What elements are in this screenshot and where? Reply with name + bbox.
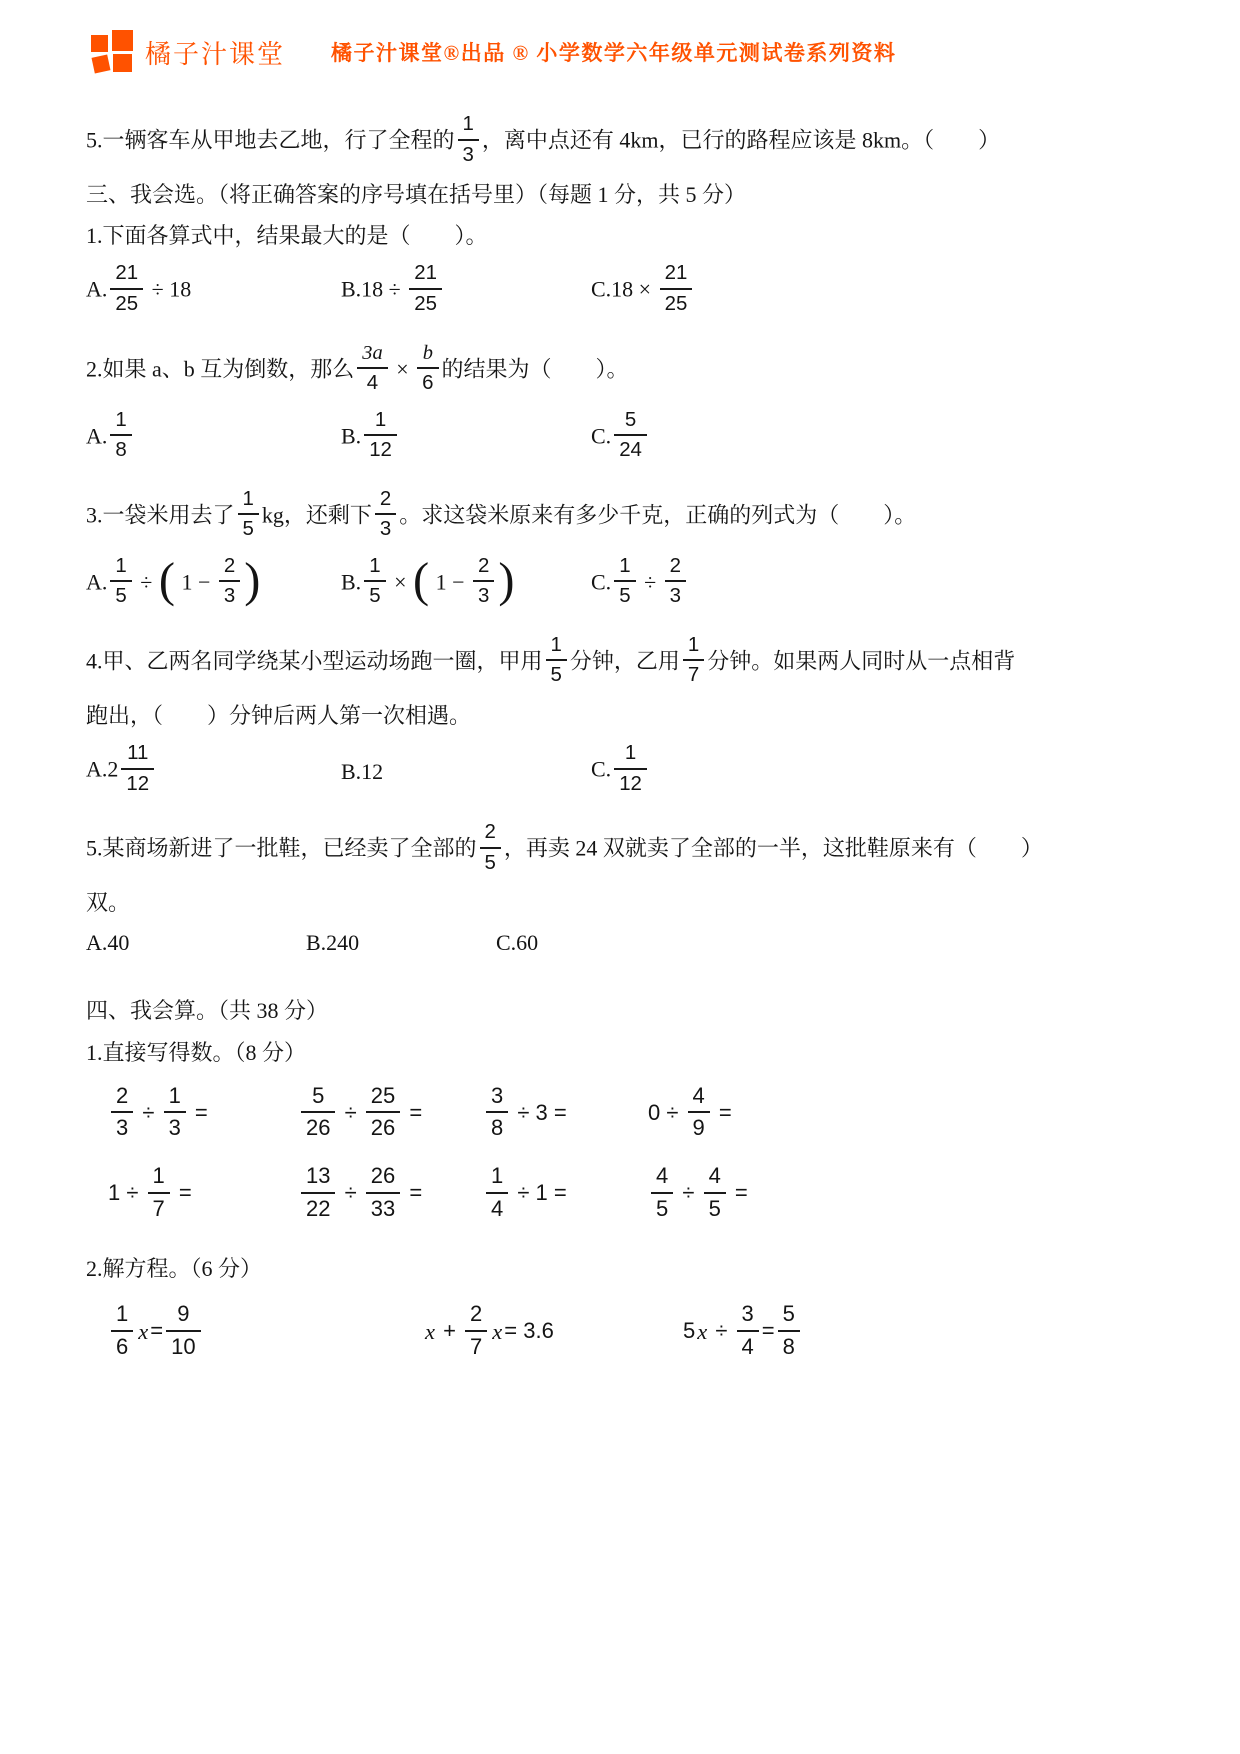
text-run: B.12 <box>341 759 383 784</box>
fraction-numerator: 3 <box>486 1082 508 1113</box>
fraction: 16 <box>111 1300 133 1361</box>
fraction-numerator: 5 <box>301 1082 335 1113</box>
option-item: C.60 <box>496 926 538 959</box>
text-run: ÷ <box>135 569 158 594</box>
fraction-numerator: 1 <box>614 740 647 770</box>
fraction-denominator: 7 <box>148 1194 170 1223</box>
fraction: 1322 <box>301 1162 335 1223</box>
equation-item: x + 27x= 3.6 <box>423 1302 554 1363</box>
fraction: 2526 <box>366 1082 400 1143</box>
option-item: B.240 <box>306 926 359 959</box>
fraction-denominator: 6 <box>111 1332 133 1361</box>
fraction: 27 <box>465 1300 487 1361</box>
section-heading: 三、我会选。（将正确答案的序号填在括号里）（每题 1 分，共 5 分） <box>86 177 1170 212</box>
text-run: B.18 ÷ <box>341 277 406 302</box>
text-run: ÷ <box>709 1319 733 1344</box>
text-run: 的结果为（ ）。 <box>442 356 629 381</box>
fraction-denominator: 5 <box>110 582 131 610</box>
fraction-numerator: 1 <box>148 1162 170 1193</box>
fraction-denominator: 25 <box>409 290 442 318</box>
fraction-numerator: 2 <box>480 819 501 849</box>
fraction-denominator: 3 <box>164 1113 186 1142</box>
variable: x <box>423 1319 437 1344</box>
text-run: = <box>173 1181 192 1206</box>
text-run: C.60 <box>496 930 538 955</box>
text-run: 1 − <box>176 569 216 594</box>
option-item: B.12 <box>341 755 383 788</box>
text-run: B.240 <box>306 930 359 955</box>
text-run: C. <box>591 569 611 594</box>
fraction: 49 <box>688 1082 710 1143</box>
fraction-numerator: 9 <box>166 1300 200 1331</box>
fraction-denominator: 12 <box>364 436 397 464</box>
text-run: ÷ 3 = <box>511 1100 567 1125</box>
text-run: ，再卖 24 双就卖了全部的一半，这批鞋原来有（ ） <box>504 836 1043 861</box>
fraction-denominator: 8 <box>110 436 131 464</box>
text-run: 跑出，（ ）分钟后两人第一次相遇。 <box>86 703 471 728</box>
fraction-numerator: 2 <box>473 553 494 583</box>
question-line: 双。 <box>86 885 1170 920</box>
fraction-numerator: 1 <box>614 553 635 583</box>
question-line: 5.某商场新进了一批鞋，已经卖了全部的25，再卖 24 双就卖了全部的一半，这批… <box>86 822 1170 879</box>
text-run: 1.直接写得数。（8 分） <box>86 1040 306 1065</box>
fraction-denominator: 8 <box>778 1332 800 1361</box>
options-row: A.40B.240C.60 <box>86 926 1170 959</box>
fraction-numerator: 11 <box>121 740 154 770</box>
text-run: = <box>189 1100 208 1125</box>
question-line: 2.如果 a、b 互为倒数，那么3a4 × b6的结果为（ ）。 <box>86 343 1170 400</box>
fraction-numerator: 3 <box>737 1300 759 1331</box>
paper-content: 5.一辆客车从甲地去乙地，行了全程的13，离中点还有 4km，已行的路程应该是 … <box>0 78 1240 1363</box>
fraction-denominator: 7 <box>465 1332 487 1361</box>
text-run: = <box>729 1181 748 1206</box>
text-run: ÷ 1 = <box>511 1181 567 1206</box>
fraction: 112 <box>364 407 397 464</box>
fraction-numerator: 2 <box>665 553 686 583</box>
fraction-denominator: 33 <box>366 1194 400 1223</box>
text-run: B. <box>341 569 361 594</box>
option-item: B.18 ÷ 2125 <box>341 263 445 320</box>
text-run: 三、我会选。（将正确答案的序号填在括号里）（每题 1 分，共 5 分） <box>86 182 746 207</box>
text-run: 3.一袋米用去了 <box>86 502 235 527</box>
calc-item: 45 ÷ 45 = <box>648 1164 748 1225</box>
text-run: 2.如果 a、b 互为倒数，那么 <box>86 356 354 381</box>
fraction: 15 <box>614 553 635 610</box>
fraction-denominator: 26 <box>366 1113 400 1142</box>
calc-item: 38 ÷ 3 = <box>483 1084 567 1145</box>
fraction-denominator: 4 <box>737 1332 759 1361</box>
fraction-denominator: 25 <box>660 290 693 318</box>
calc-item: 23 ÷ 13 = <box>108 1084 208 1145</box>
text-run: = <box>150 1319 163 1344</box>
fraction-numerator: 4 <box>688 1082 710 1113</box>
options-row: A.21112B.12C.112 <box>86 743 1170 800</box>
fraction-denominator: 12 <box>121 770 154 798</box>
text-run: 分钟。如果两人同时从一点相背 <box>707 648 1015 673</box>
equation-row: 16x=910x + 27x= 3.65x ÷ 34=58 <box>86 1302 1170 1363</box>
variable: x <box>490 1319 504 1344</box>
fraction-numerator: 2 <box>375 486 396 516</box>
option-item: A.18 <box>86 410 135 467</box>
text-run: A.2 <box>86 757 118 782</box>
question-line: 4.甲、乙两名同学绕某小型运动场跑一圈，甲用15分钟，乙用17分钟。如果两人同时… <box>86 635 1170 692</box>
fraction-numerator: 1 <box>486 1162 508 1193</box>
text-run: ÷ <box>676 1181 700 1206</box>
question-line: 1.直接写得数。（8 分） <box>86 1035 1170 1070</box>
fraction-denominator: 22 <box>301 1194 335 1223</box>
fraction: 18 <box>110 407 131 464</box>
fraction-numerator: 21 <box>409 260 442 290</box>
text-run: = <box>403 1100 422 1125</box>
fraction-denominator: 3 <box>111 1113 133 1142</box>
option-item: B.15 × ( 1 − 23) <box>341 556 516 613</box>
fraction-denominator: 5 <box>364 582 385 610</box>
text-run: C. <box>591 757 611 782</box>
fraction: 15 <box>364 553 385 610</box>
text-run: A. <box>86 423 107 448</box>
options-row: A.2125 ÷ 18B.18 ÷ 2125C.18 × 2125 <box>86 263 1170 320</box>
option-item: A.15 ÷ ( 1 − 23) <box>86 556 261 613</box>
fraction: 17 <box>148 1162 170 1223</box>
options-row: A.15 ÷ ( 1 − 23)B.15 × ( 1 − 23)C.15 ÷ 2… <box>86 556 1170 613</box>
text-run: 0 ÷ <box>648 1100 685 1125</box>
fraction: 23 <box>665 553 686 610</box>
fraction-numerator: 3a <box>357 340 387 370</box>
fraction: 23 <box>375 486 396 543</box>
text-run: ÷ <box>338 1181 362 1206</box>
fraction: 3a4 <box>357 340 387 397</box>
fraction-numerator: 1 <box>110 553 131 583</box>
fraction-denominator: 4 <box>486 1194 508 1223</box>
fraction-denominator: 5 <box>238 515 259 543</box>
question-line: 跑出，（ ）分钟后两人第一次相遇。 <box>86 698 1170 733</box>
question-line: 1.下面各算式中，结果最大的是（ ）。 <box>86 218 1170 253</box>
direct-write-row: 23 ÷ 13 =526 ÷ 2526 =38 ÷ 3 =0 ÷ 49 = <box>86 1084 1170 1145</box>
text-run: 分钟，乙用 <box>570 648 680 673</box>
fraction: 2125 <box>110 260 143 317</box>
fraction-numerator: 1 <box>164 1082 186 1113</box>
text-run: A.40 <box>86 930 129 955</box>
fraction-numerator: 21 <box>110 260 143 290</box>
fraction-numerator: 4 <box>651 1162 673 1193</box>
brand-logo-text: 橘子汁课堂 <box>145 34 285 71</box>
option-item: A.40 <box>86 926 129 959</box>
fraction-numerator: 1 <box>364 407 397 437</box>
fraction: 15 <box>238 486 259 543</box>
fraction: 13 <box>458 111 479 168</box>
text-run: = <box>713 1100 732 1125</box>
text-run: × <box>389 569 412 594</box>
header-title: 橘子汁课堂®出品 ® 小学数学六年级单元测试卷系列资料 <box>331 37 896 67</box>
fraction: 1112 <box>121 740 154 797</box>
fraction-denominator: 6 <box>417 369 438 397</box>
brand-logo-icon <box>90 29 136 75</box>
question-line: 3.一袋米用去了15kg，还剩下23。求这袋米原来有多少千克，正确的列式为（ ）… <box>86 489 1170 546</box>
fraction-numerator: 1 <box>111 1300 133 1331</box>
fraction-denominator: 5 <box>651 1194 673 1223</box>
fraction: 25 <box>480 819 501 876</box>
fraction: 15 <box>546 632 567 689</box>
fraction-numerator: 2 <box>111 1082 133 1113</box>
fraction: 524 <box>614 407 647 464</box>
fraction: 23 <box>473 553 494 610</box>
text-run: ÷ <box>338 1100 362 1125</box>
fraction: 15 <box>110 553 131 610</box>
text-run: = 3.6 <box>504 1319 554 1344</box>
fraction-denominator: 26 <box>301 1113 335 1142</box>
fraction-denominator: 24 <box>614 436 647 464</box>
fraction-numerator: b <box>417 340 438 370</box>
option-item: C.524 <box>591 410 650 467</box>
fraction-numerator: 25 <box>366 1082 400 1113</box>
text-run: ÷ 18 <box>146 277 191 302</box>
text-run: 四、我会算。（共 38 分） <box>86 998 328 1023</box>
text-run: 5.某商场新进了一批鞋，已经卖了全部的 <box>86 836 477 861</box>
sub-heading: 2.解方程。（6 分） <box>86 1251 1170 1286</box>
fraction: 112 <box>614 740 647 797</box>
fraction-denominator: 25 <box>110 290 143 318</box>
fraction-numerator: 2 <box>219 553 240 583</box>
text-run: 。求这袋米原来有多少千克，正确的列式为（ ）。 <box>399 502 916 527</box>
fraction-denominator: 4 <box>357 369 387 397</box>
option-item: C.112 <box>591 743 650 800</box>
text-run: B. <box>341 423 361 448</box>
text-run: = <box>403 1181 422 1206</box>
fraction: 13 <box>164 1082 186 1143</box>
fraction-numerator: 1 <box>458 111 479 141</box>
option-item: C.18 × 2125 <box>591 263 695 320</box>
section-heading: 四、我会算。（共 38 分） <box>86 993 1170 1028</box>
fraction-denominator: 3 <box>473 582 494 610</box>
fraction-numerator: 13 <box>301 1162 335 1193</box>
fraction: 910 <box>166 1300 200 1361</box>
fraction-denominator: 3 <box>375 515 396 543</box>
fraction-denominator: 9 <box>688 1113 710 1142</box>
text-run: ÷ <box>639 569 662 594</box>
fraction: 2125 <box>409 260 442 317</box>
text-run: 4.甲、乙两名同学绕某小型运动场跑一圈，甲用 <box>86 648 543 673</box>
variable: x <box>695 1319 709 1344</box>
fraction-numerator: 1 <box>238 486 259 516</box>
fraction-denominator: 7 <box>683 661 704 689</box>
text-run: C. <box>591 423 611 448</box>
calc-item: 1 ÷ 17 = <box>108 1164 192 1225</box>
option-item: A.21112 <box>86 743 157 800</box>
option-item: C.15 ÷ 23 <box>591 556 689 613</box>
fraction-numerator: 5 <box>778 1300 800 1331</box>
fraction: 58 <box>778 1300 800 1361</box>
page-header: 橘子汁课堂 橘子汁课堂®出品 ® 小学数学六年级单元测试卷系列资料 <box>0 0 1240 78</box>
text-run: kg，还剩下 <box>262 502 372 527</box>
fraction-denominator: 5 <box>704 1194 726 1223</box>
calc-item: 0 ÷ 49 = <box>648 1084 732 1145</box>
text-run: 双。 <box>86 890 130 915</box>
fraction-denominator: 12 <box>614 770 647 798</box>
text-run: ，离中点还有 4km，已行的路程应该是 8km。（ ） <box>482 128 1000 153</box>
fraction: 45 <box>704 1162 726 1223</box>
fraction-denominator: 3 <box>458 141 479 169</box>
calc-item: 14 ÷ 1 = <box>483 1164 567 1225</box>
fraction-numerator: 26 <box>366 1162 400 1193</box>
text-run: × <box>391 356 414 381</box>
text-run: ÷ <box>136 1100 160 1125</box>
text-run: 5 <box>683 1319 695 1344</box>
variable: x <box>136 1319 150 1344</box>
fraction-numerator: 21 <box>660 260 693 290</box>
fraction-denominator: 10 <box>166 1332 200 1361</box>
fraction: 45 <box>651 1162 673 1223</box>
option-item: A.2125 ÷ 18 <box>86 263 191 320</box>
fraction-denominator: 3 <box>665 582 686 610</box>
text-run: 1 − <box>430 569 470 594</box>
fraction-numerator: 2 <box>465 1300 487 1331</box>
fraction: 2125 <box>660 260 693 317</box>
fraction-denominator: 3 <box>219 582 240 610</box>
text-run: + <box>437 1319 462 1344</box>
text-run: 1.下面各算式中，结果最大的是（ ）。 <box>86 223 488 248</box>
options-row: A.18B.112C.524 <box>86 410 1170 467</box>
fraction: 23 <box>111 1082 133 1143</box>
fraction-numerator: 1 <box>364 553 385 583</box>
fraction-numerator: 1 <box>683 632 704 662</box>
text-run: C.18 × <box>591 277 657 302</box>
text-run: A. <box>86 277 107 302</box>
text-run: 1 ÷ <box>108 1181 145 1206</box>
fraction-denominator: 8 <box>486 1113 508 1142</box>
fraction: 34 <box>737 1300 759 1361</box>
text-run: = <box>762 1319 775 1344</box>
direct-write-row: 1 ÷ 17 =1322 ÷ 2633 =14 ÷ 1 =45 ÷ 45 = <box>86 1164 1170 1225</box>
text-run: 5.一辆客车从甲地去乙地，行了全程的 <box>86 128 455 153</box>
fraction-denominator: 5 <box>480 849 501 877</box>
fraction: b6 <box>417 340 438 397</box>
text-run: 2.解方程。（6 分） <box>86 1256 262 1281</box>
question-line: 5.一辆客车从甲地去乙地，行了全程的13，离中点还有 4km，已行的路程应该是 … <box>86 114 1170 171</box>
fraction-numerator: 5 <box>614 407 647 437</box>
fraction: 38 <box>486 1082 508 1143</box>
text-run: A. <box>86 569 107 594</box>
fraction: 14 <box>486 1162 508 1223</box>
fraction-numerator: 1 <box>110 407 131 437</box>
fraction: 17 <box>683 632 704 689</box>
fraction-numerator: 1 <box>546 632 567 662</box>
test-paper-page: 橘子汁课堂 橘子汁课堂®出品 ® 小学数学六年级单元测试卷系列资料 5.一辆客车… <box>0 0 1240 1754</box>
fraction: 526 <box>301 1082 335 1143</box>
fraction: 23 <box>219 553 240 610</box>
fraction-numerator: 4 <box>704 1162 726 1193</box>
option-item: B.112 <box>341 410 400 467</box>
equation-item: 16x=910 <box>108 1302 204 1363</box>
brand-logo: 橘子汁课堂 <box>90 29 285 75</box>
fraction-denominator: 5 <box>614 582 635 610</box>
calc-item: 1322 ÷ 2633 = <box>298 1164 422 1225</box>
fraction-denominator: 5 <box>546 661 567 689</box>
fraction: 2633 <box>366 1162 400 1223</box>
equation-item: 5x ÷ 34=58 <box>683 1302 803 1363</box>
calc-item: 526 ÷ 2526 = <box>298 1084 422 1145</box>
